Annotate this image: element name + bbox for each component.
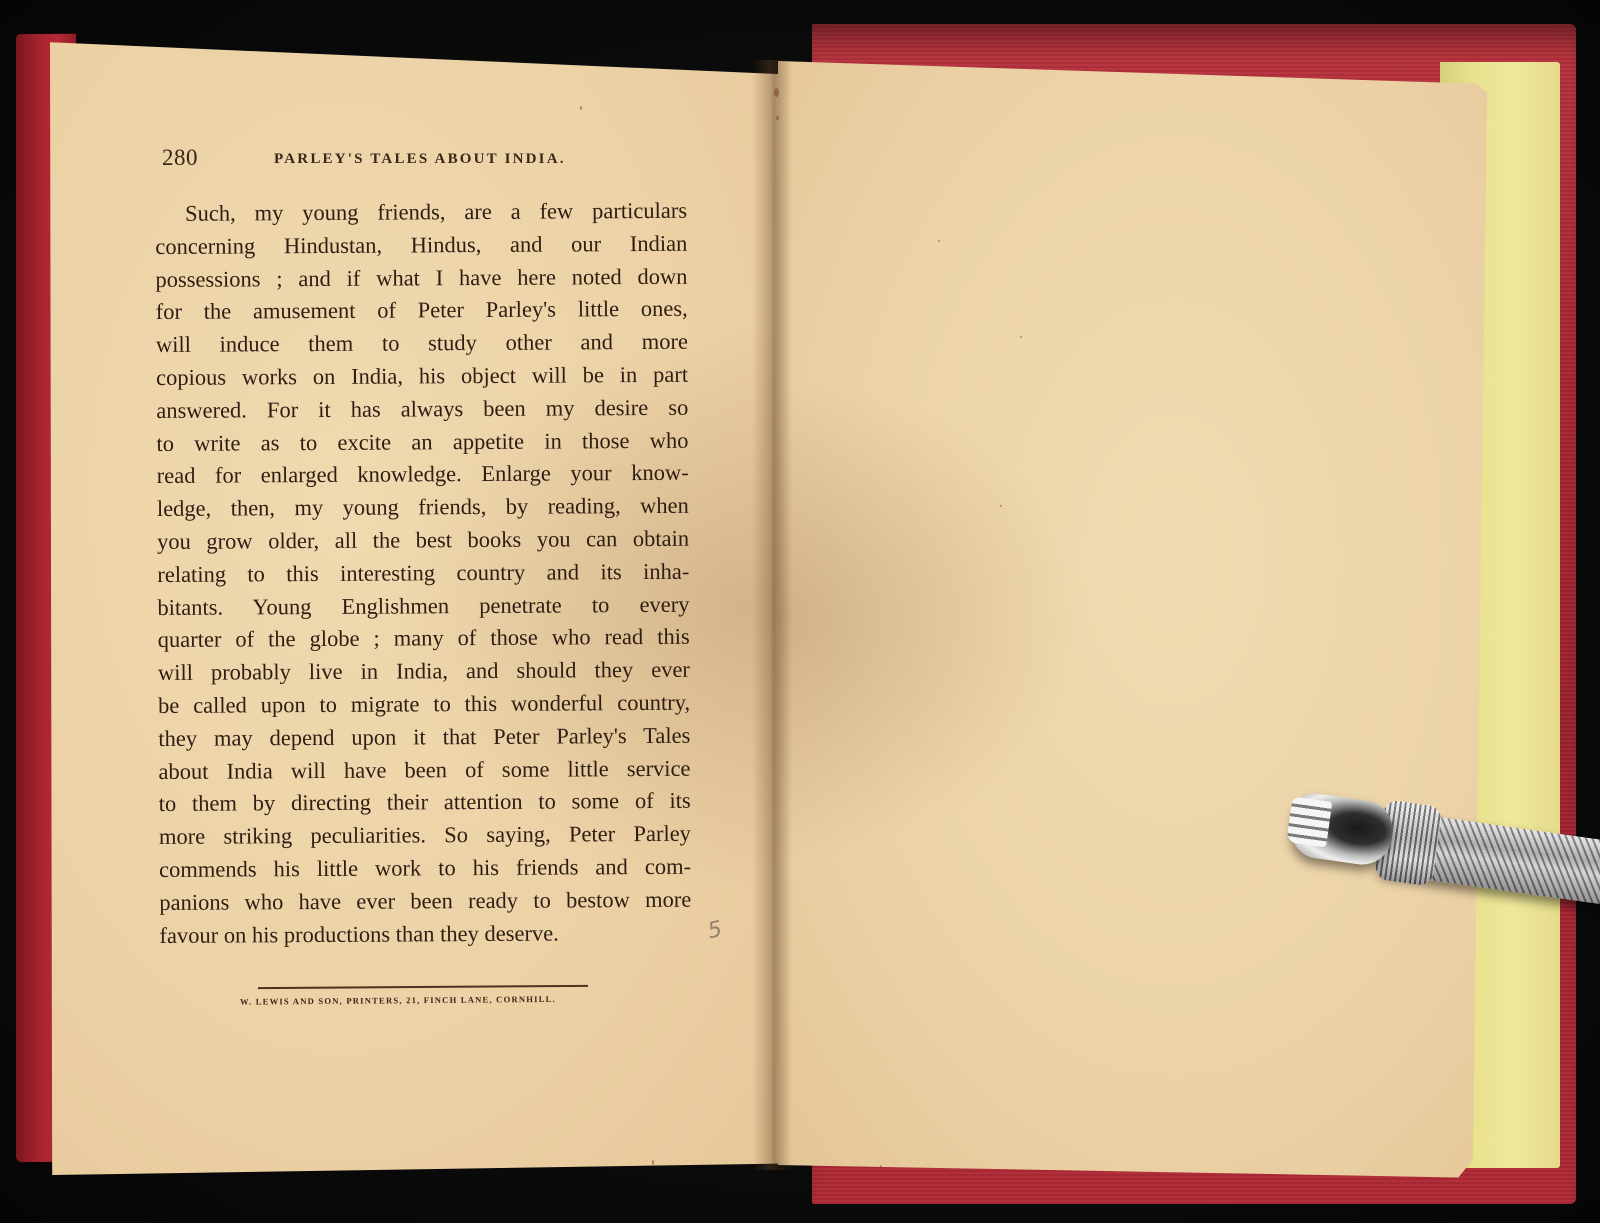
page-number: 280 (162, 145, 198, 171)
text-line: answered. For it has always been my desi… (156, 392, 688, 428)
text-line: be called upon to migrate to this wonder… (158, 687, 690, 723)
text-line: to them by directing their attention to … (159, 785, 691, 821)
text-line: to write as to excite an appetite in tho… (156, 424, 688, 460)
text-line: relating to this interesting country and… (157, 556, 689, 592)
text-line: for the amusement of Peter Parley's litt… (156, 293, 688, 329)
right-page-blank (778, 52, 1498, 1182)
text-line: will induce them to study other and more (156, 326, 688, 362)
photo-scene: 280 PARLEY'S TALES ABOUT INDIA. Such, my… (0, 0, 1600, 1223)
text-line: commends his little work to his friends … (159, 851, 691, 887)
text-line: ledge, then, my young friends, by readin… (157, 490, 689, 526)
text-line: you grow older, all the best books you c… (157, 523, 689, 559)
running-head: 280 PARLEY'S TALES ABOUT INDIA. (162, 145, 592, 177)
text-line: bitants. Young Englishmen penetrate to e… (157, 588, 689, 624)
text-line: more striking peculiarities. So saying, … (159, 818, 691, 854)
bookmark-fingers (1286, 796, 1332, 847)
text-line: about India will have been of some littl… (158, 752, 690, 788)
text-line: favour on his productions than they dese… (159, 916, 691, 952)
body-text: Such, my young friends, are a few partic… (155, 195, 692, 953)
text-line: copious works on India, his object will … (156, 359, 688, 395)
text-line: panions who have ever been ready to best… (159, 883, 691, 919)
text-line: read for enlarged knowledge. Enlarge you… (157, 457, 689, 493)
text-line: will probably live in India, and should … (158, 654, 690, 690)
text-line: possessions ; and if what I have here no… (155, 260, 687, 296)
text-line: quarter of the globe ; many of those who… (158, 621, 690, 657)
text-line: they may depend upon it that Peter Parle… (158, 719, 690, 755)
text-line: Such, my young friends, are a few partic… (155, 195, 687, 231)
text-line: concerning Hindustan, Hindus, and our In… (155, 228, 687, 264)
running-title: PARLEY'S TALES ABOUT INDIA. (274, 151, 566, 168)
